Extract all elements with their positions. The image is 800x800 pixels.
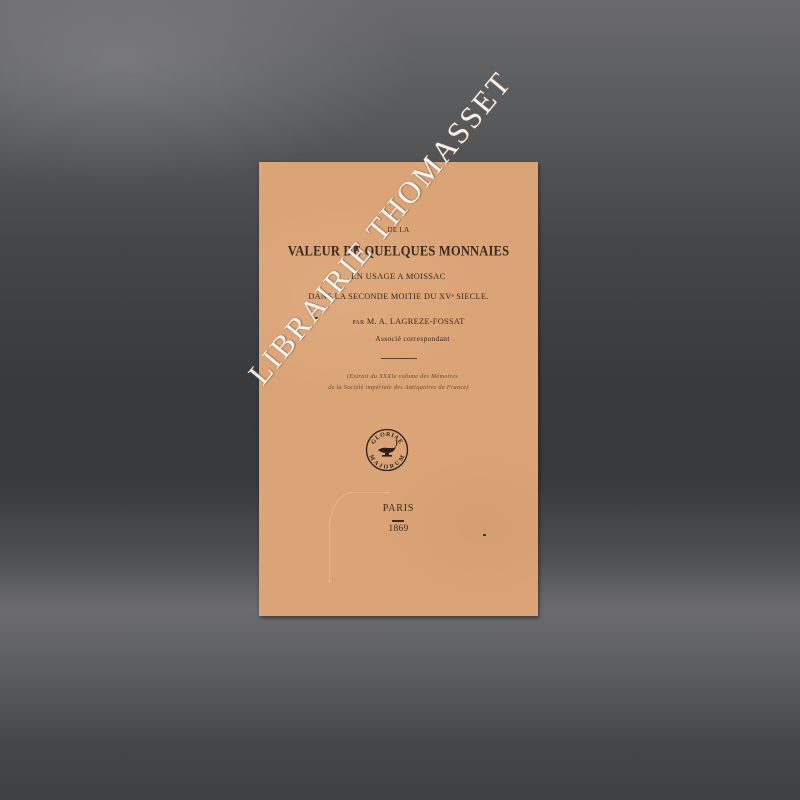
publisher-stamp: GLORIAE MAJORUM [365,428,409,472]
ink-fleck [483,534,486,536]
publication-place: PARIS [259,503,538,514]
divider-rule [381,358,417,359]
publication-year: 1869 [259,524,538,534]
subtitle-place: EN USAGE A MOISSAC [259,271,538,281]
author-prefix: PAR [352,320,364,326]
citation-line-1: (Extrait du XXXIe volume des Mémoires [263,373,538,380]
oil-lamp-icon [378,440,397,457]
author-name: M. A. LAGREZE-FOSSAT [367,317,465,326]
citation-line-2: de la Société impériale des Antiquaires … [259,384,538,391]
stamp-motto-top: GLORIAE [371,432,404,446]
svg-text:GLORIAE: GLORIAE [371,432,404,446]
dash-separator [392,520,404,522]
document-title: VALEUR DE QUELQUES MONNAIES [259,243,538,260]
